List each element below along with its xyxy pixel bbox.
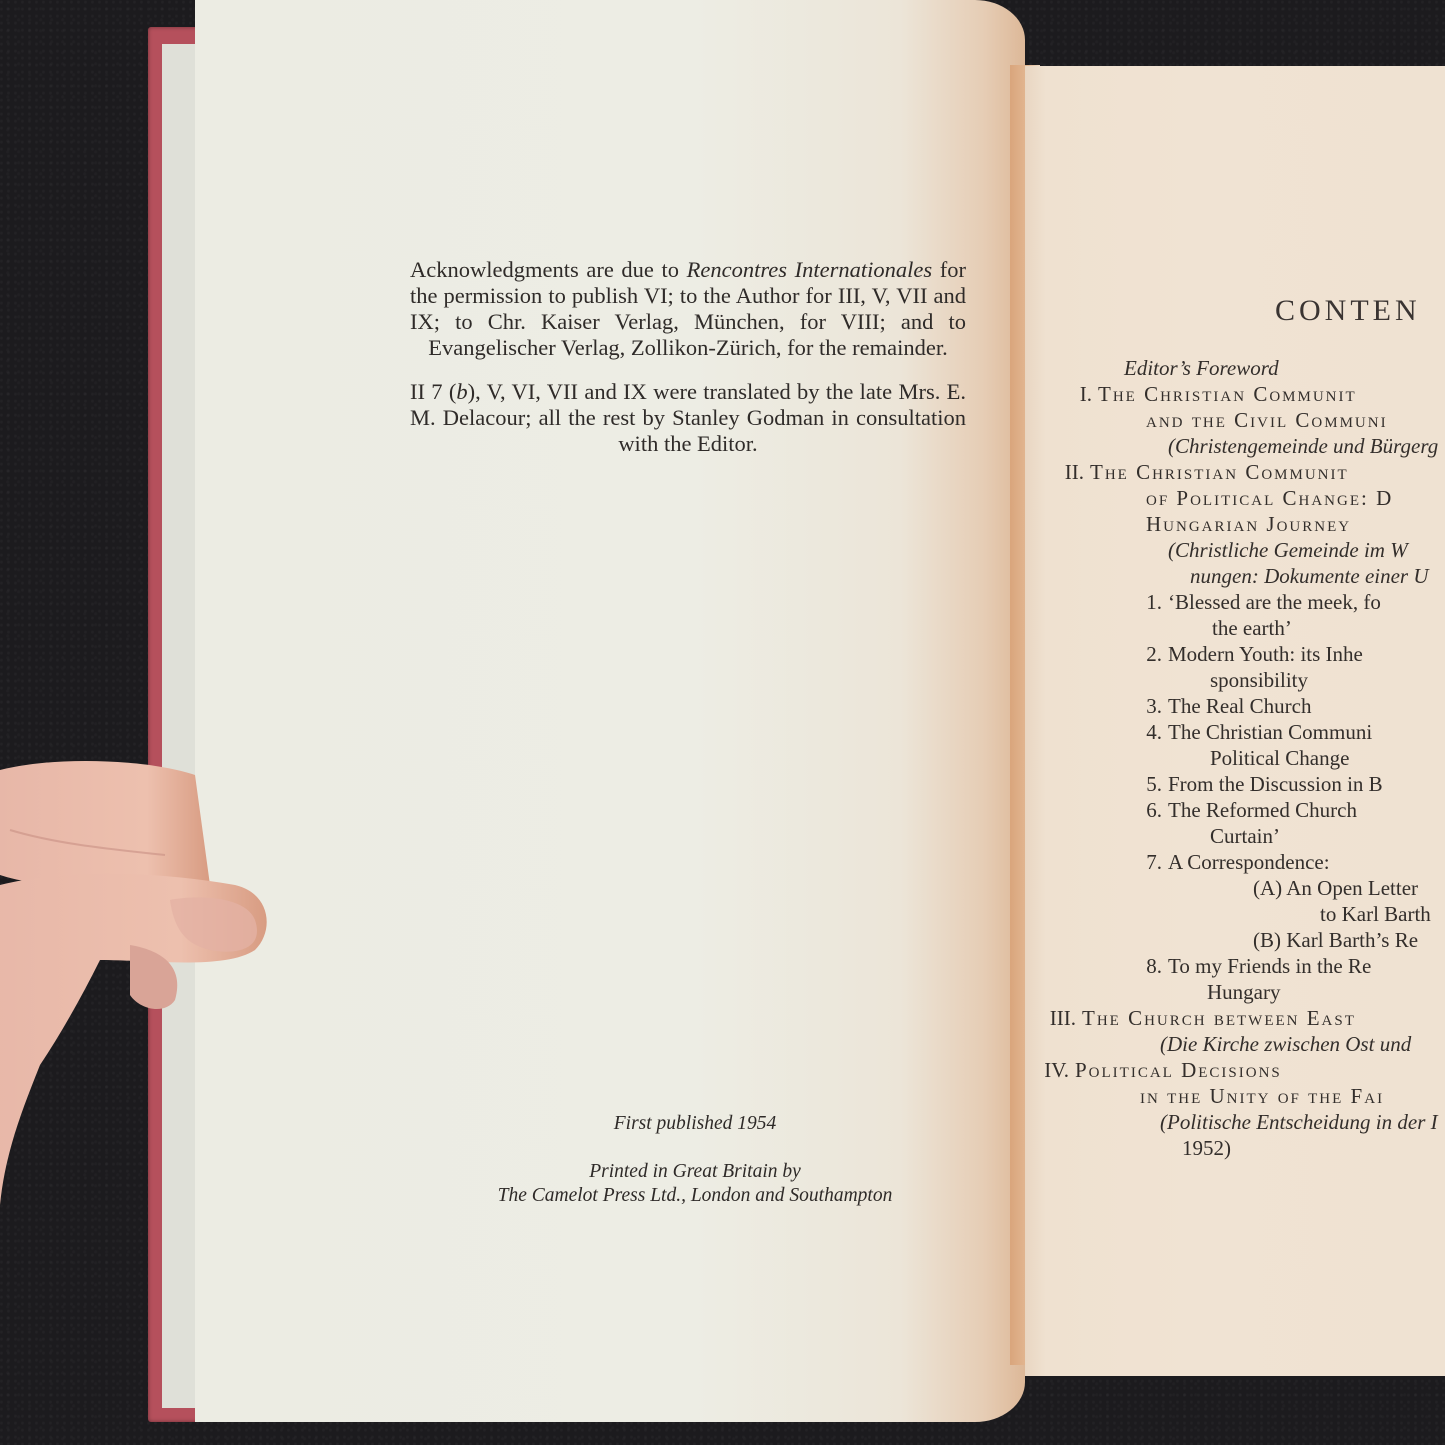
left-page[interactable] — [195, 0, 1025, 1422]
toc-entry-number: 5. — [1146, 771, 1162, 797]
toc-entry-title: A Correspondence: — [1168, 849, 1330, 875]
toc-entry: (Politische Entscheidung in der I — [1060, 1109, 1445, 1135]
toc-entry-title: (B) Karl Barth’s Re — [1253, 927, 1418, 953]
toc-entry-number: II. — [1065, 459, 1084, 485]
toc-entry-title: to Karl Barth — [1320, 901, 1431, 927]
toc-entry: 2.Modern Youth: its Inhe — [1060, 641, 1445, 667]
toc-entry-number: IV. — [1044, 1057, 1069, 1083]
toc-entry-title: The Christian Communi — [1168, 719, 1372, 745]
toc-entry-title: The Christian Communit — [1098, 381, 1357, 407]
toc-entry-title: (Christliche Gemeinde im W — [1168, 537, 1408, 563]
printer-line-1: Printed in Great Britain by — [480, 1160, 910, 1184]
toc-entry-title: Political Decisions — [1075, 1057, 1282, 1083]
table-of-contents: Editor’s ForewordI.The Christian Communi… — [1060, 355, 1445, 1161]
toc-entry: Editor’s Foreword — [1060, 355, 1445, 381]
toc-entry-title: and the Civil Communi — [1146, 407, 1388, 433]
printer-line-2: The Camelot Press Ltd., London and South… — [480, 1184, 910, 1208]
toc-entry-number: 7. — [1146, 849, 1162, 875]
toc-entry-number: 3. — [1146, 693, 1162, 719]
toc-entry-title: (A) An Open Letter — [1253, 875, 1418, 901]
toc-entry-number: III. — [1050, 1005, 1076, 1031]
toc-entry-title: nungen: Dokumente einer U — [1190, 563, 1429, 589]
toc-entry: (Christliche Gemeinde im W — [1060, 537, 1445, 563]
toc-entry-title: Hungary — [1207, 979, 1280, 1005]
toc-entry-number: I. — [1080, 381, 1092, 407]
toc-entry-title: Hungarian Journey — [1146, 511, 1351, 537]
toc-entry-title: (Die Kirche zwischen Ost und — [1160, 1031, 1411, 1057]
toc-entry: Curtain’ — [1060, 823, 1445, 849]
toc-entry-title: in the Unity of the Fai — [1140, 1083, 1384, 1109]
acknowledgments-paragraph: Acknowledgments are due to Rencontres In… — [410, 257, 966, 361]
toc-entry-title: 1952) — [1182, 1135, 1231, 1161]
toc-entry: the earth’ — [1060, 615, 1445, 641]
toc-entry: 8.To my Friends in the Re — [1060, 953, 1445, 979]
toc-entry-number: 6. — [1146, 797, 1162, 823]
toc-entry: 1952) — [1060, 1135, 1445, 1161]
toc-entry: of Political Change: D — [1060, 485, 1445, 511]
contents-heading: CONTEN — [1275, 294, 1421, 328]
toc-entry-title: The Church between East — [1082, 1005, 1356, 1031]
toc-entry-title: Editor’s Foreword — [1124, 355, 1279, 381]
toc-entry: (Die Kirche zwischen Ost und — [1060, 1031, 1445, 1057]
imprint-section: First published 1954 Printed in Great Br… — [480, 1112, 910, 1208]
toc-entry: 6.The Reformed Church — [1060, 797, 1445, 823]
toc-entry-title: (Christengemeinde und Bürgerg — [1168, 433, 1438, 459]
toc-entry-title: of Political Change: D — [1146, 485, 1393, 511]
toc-entry-title: sponsibility — [1210, 667, 1308, 693]
toc-entry-number: 4. — [1146, 719, 1162, 745]
first-published-line: First published 1954 — [480, 1112, 910, 1136]
toc-entry-title: the earth’ — [1212, 615, 1292, 641]
toc-entry: sponsibility — [1060, 667, 1445, 693]
toc-entry: 5.From the Discussion in B — [1060, 771, 1445, 797]
toc-entry: and the Civil Communi — [1060, 407, 1445, 433]
toc-entry-number: 1. — [1146, 589, 1162, 615]
toc-entry: Hungarian Journey — [1060, 511, 1445, 537]
toc-entry: in the Unity of the Fai — [1060, 1083, 1445, 1109]
toc-entry-title: (Politische Entscheidung in der I — [1160, 1109, 1438, 1135]
toc-entry: 7.A Correspondence: — [1060, 849, 1445, 875]
toc-entry-title: The Real Church — [1168, 693, 1311, 719]
toc-entry-title: ‘Blessed are the meek, fo — [1168, 589, 1381, 615]
toc-entry: (B) Karl Barth’s Re — [1060, 927, 1445, 953]
toc-entry: to Karl Barth — [1060, 901, 1445, 927]
toc-entry-title: Political Change — [1210, 745, 1349, 771]
toc-entry: 3.The Real Church — [1060, 693, 1445, 719]
toc-entry: 4.The Christian Communi — [1060, 719, 1445, 745]
toc-entry-title: Curtain’ — [1210, 823, 1280, 849]
toc-entry: I.The Christian Communit — [1060, 381, 1445, 407]
acknowledgments-section: Acknowledgments are due to Rencontres In… — [410, 257, 966, 475]
toc-entry: nungen: Dokumente einer U — [1060, 563, 1445, 589]
toc-entry: 1.‘Blessed are the meek, fo — [1060, 589, 1445, 615]
toc-entry-title: The Christian Communit — [1090, 459, 1349, 485]
toc-entry: Political Change — [1060, 745, 1445, 771]
toc-entry: III.The Church between East — [1060, 1005, 1445, 1031]
toc-entry: (Christengemeinde und Bürgerg — [1060, 433, 1445, 459]
toc-entry-number: 8. — [1146, 953, 1162, 979]
publication-name: Rencontres Internationales — [687, 257, 932, 282]
toc-entry: IV.Political Decisions — [1060, 1057, 1445, 1083]
toc-entry: II.The Christian Communit — [1060, 459, 1445, 485]
toc-entry-title: Modern Youth: its Inhe — [1168, 641, 1363, 667]
toc-entry: Hungary — [1060, 979, 1445, 1005]
toc-entry-title: The Reformed Church — [1168, 797, 1357, 823]
translation-note-paragraph: II 7 (b), V, VI, VII and IX were transla… — [410, 379, 966, 457]
toc-entry-title: To my Friends in the Re — [1168, 953, 1371, 979]
toc-entry: (A) An Open Letter — [1060, 875, 1445, 901]
toc-entry-title: From the Discussion in B — [1168, 771, 1383, 797]
toc-entry-number: 2. — [1146, 641, 1162, 667]
